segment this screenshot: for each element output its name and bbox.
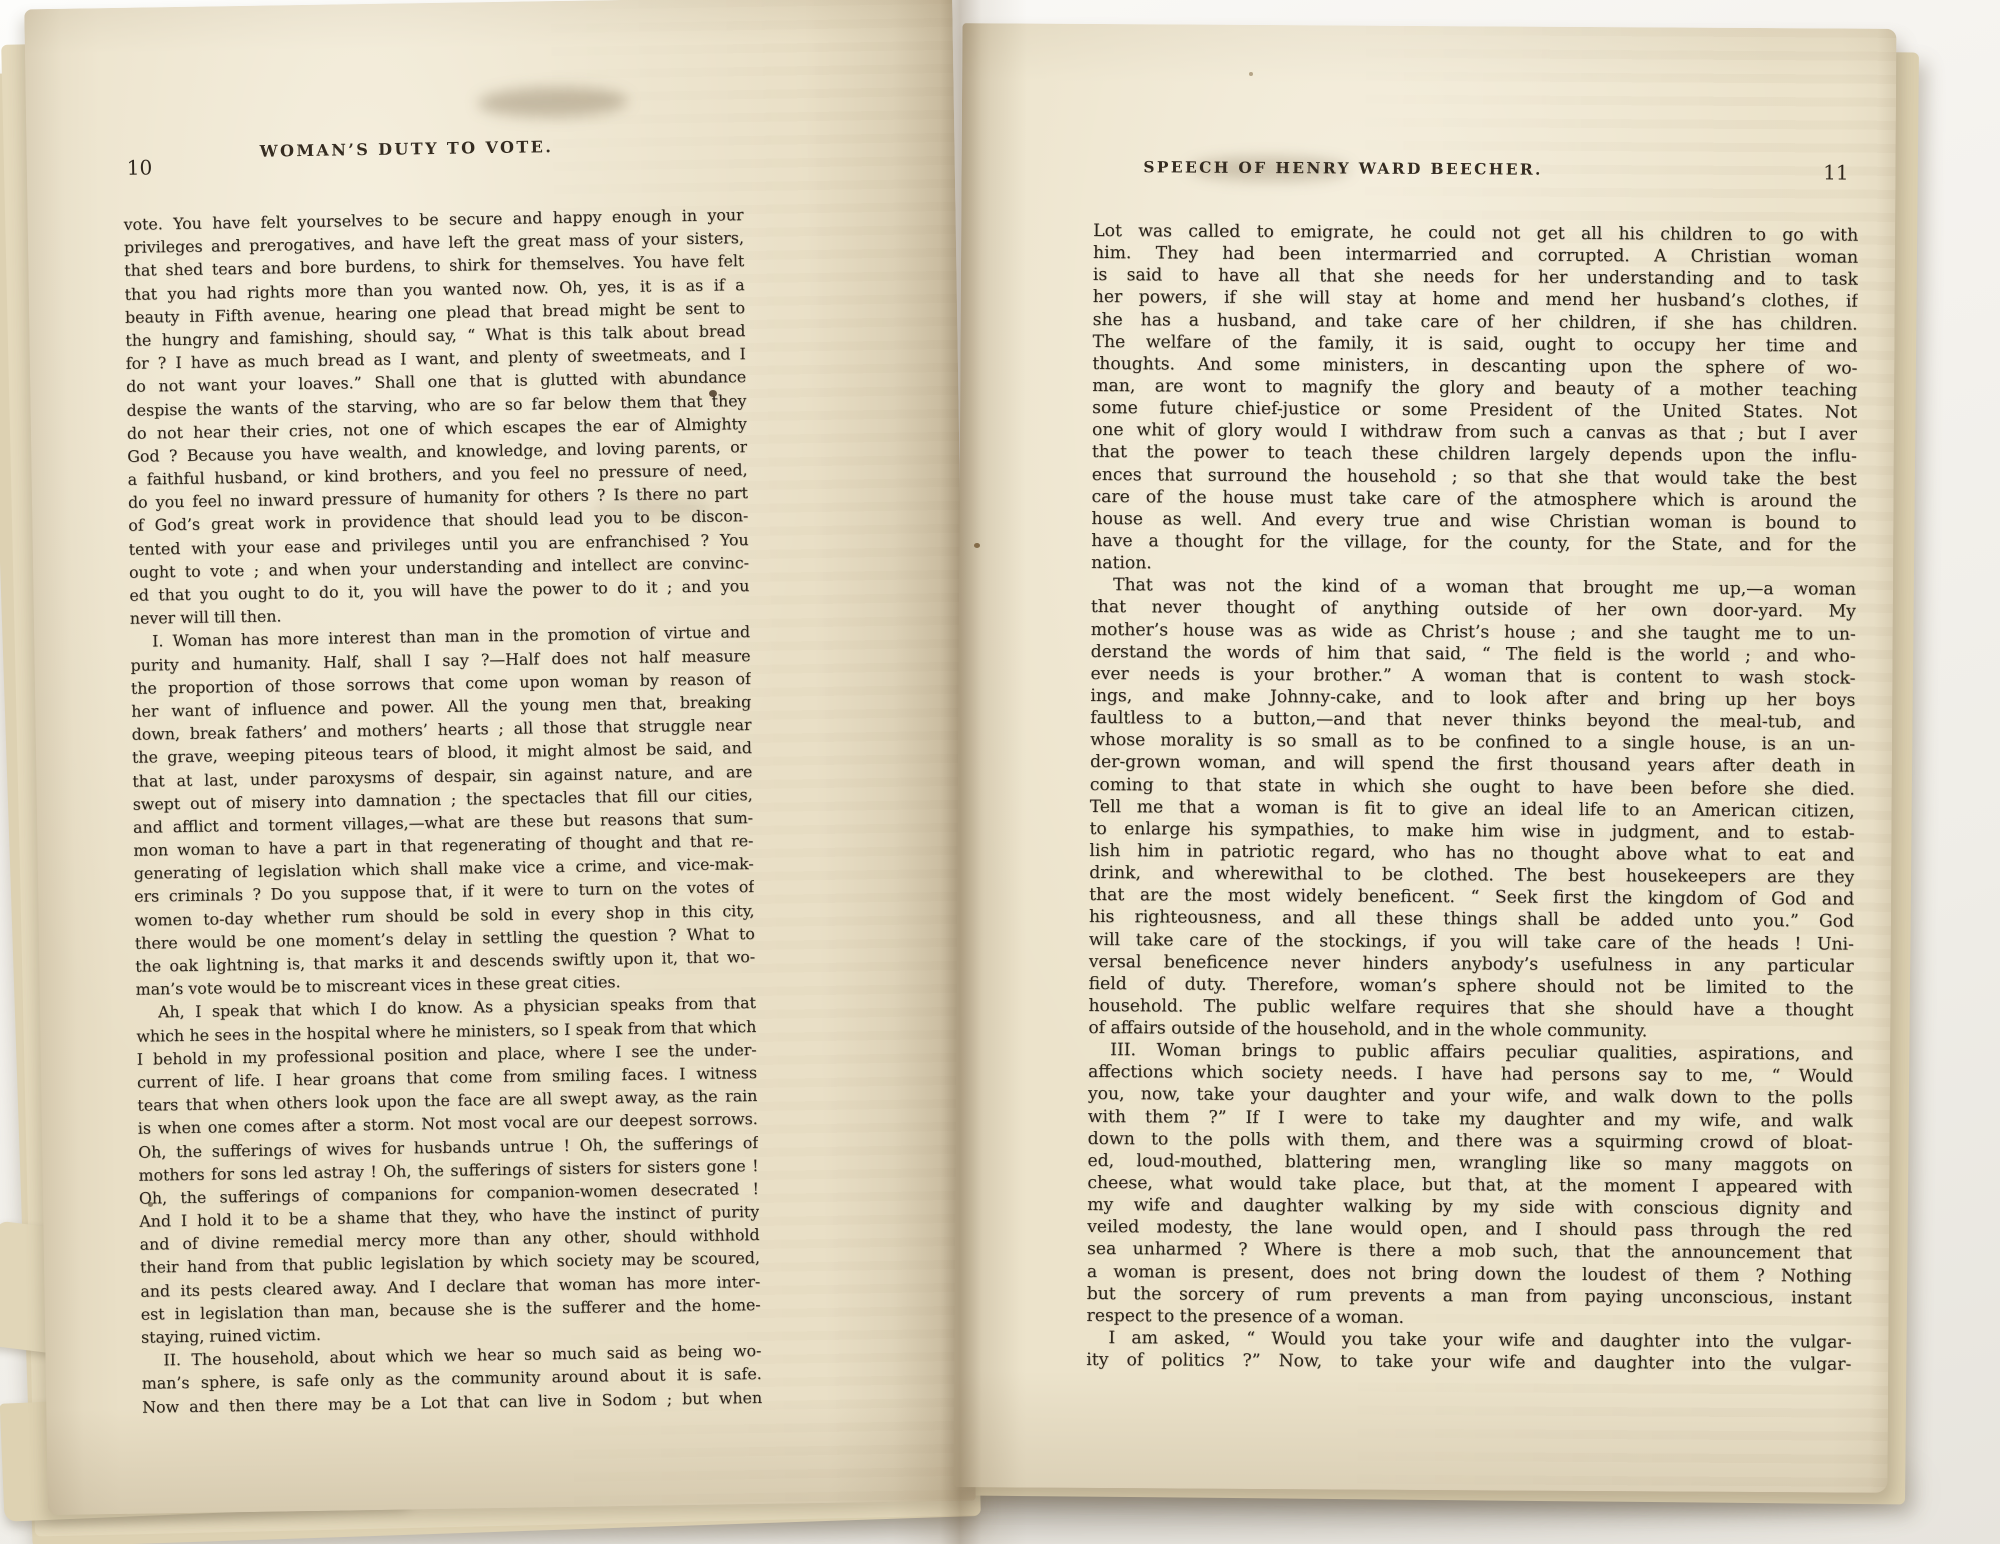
paragraph: I. Woman has more interest than man in t… (130, 620, 756, 1001)
paragraph: That was not the kind of a woman that br… (1088, 574, 1856, 1044)
paragraph: vote. You have felt yourselves to be sec… (123, 203, 749, 630)
paragraph: II. The household, about which we hear s… (141, 1339, 762, 1418)
paragraph: Lot was called to emigrate, he could not… (1091, 220, 1858, 579)
left-page: 10 WOMAN’S DUTY TO VOTE. vote. You have … (24, 0, 976, 1515)
right-page-content: SPEECH OF HENRY WARD BEECHER. 11 Lot was… (1086, 158, 1858, 1376)
page-number: 11 (1823, 160, 1849, 184)
text-line: ity of politics ?” Now, to take your wif… (1086, 1349, 1851, 1376)
left-page-header: 10 WOMAN’S DUTY TO VOTE. (122, 134, 742, 170)
book-spread-photo: 10 WOMAN’S DUTY TO VOTE. vote. You have … (0, 0, 2000, 1544)
left-page-content: 10 WOMAN’S DUTY TO VOTE. vote. You have … (122, 134, 762, 1418)
left-page-text: vote. You have felt yourselves to be sec… (123, 203, 762, 1418)
paragraph: I am asked, “ Would you take your wife a… (1086, 1327, 1851, 1376)
running-title: SPEECH OF HENRY WARD BEECHER. (961, 157, 1726, 180)
right-page-text: Lot was called to emigrate, he could not… (1086, 220, 1858, 1376)
ink-smudge (478, 86, 628, 118)
right-page: SPEECH OF HENRY WARD BEECHER. 11 Lot was… (954, 23, 1897, 1493)
paragraph: III. Woman brings to public affairs pecu… (1087, 1039, 1854, 1331)
running-title: WOMAN’S DUTY TO VOTE. (96, 135, 716, 164)
paragraph: Ah, I speak that which I do know. As a p… (136, 991, 761, 1349)
right-page-header: SPEECH OF HENRY WARD BEECHER. 11 (1094, 158, 1859, 189)
